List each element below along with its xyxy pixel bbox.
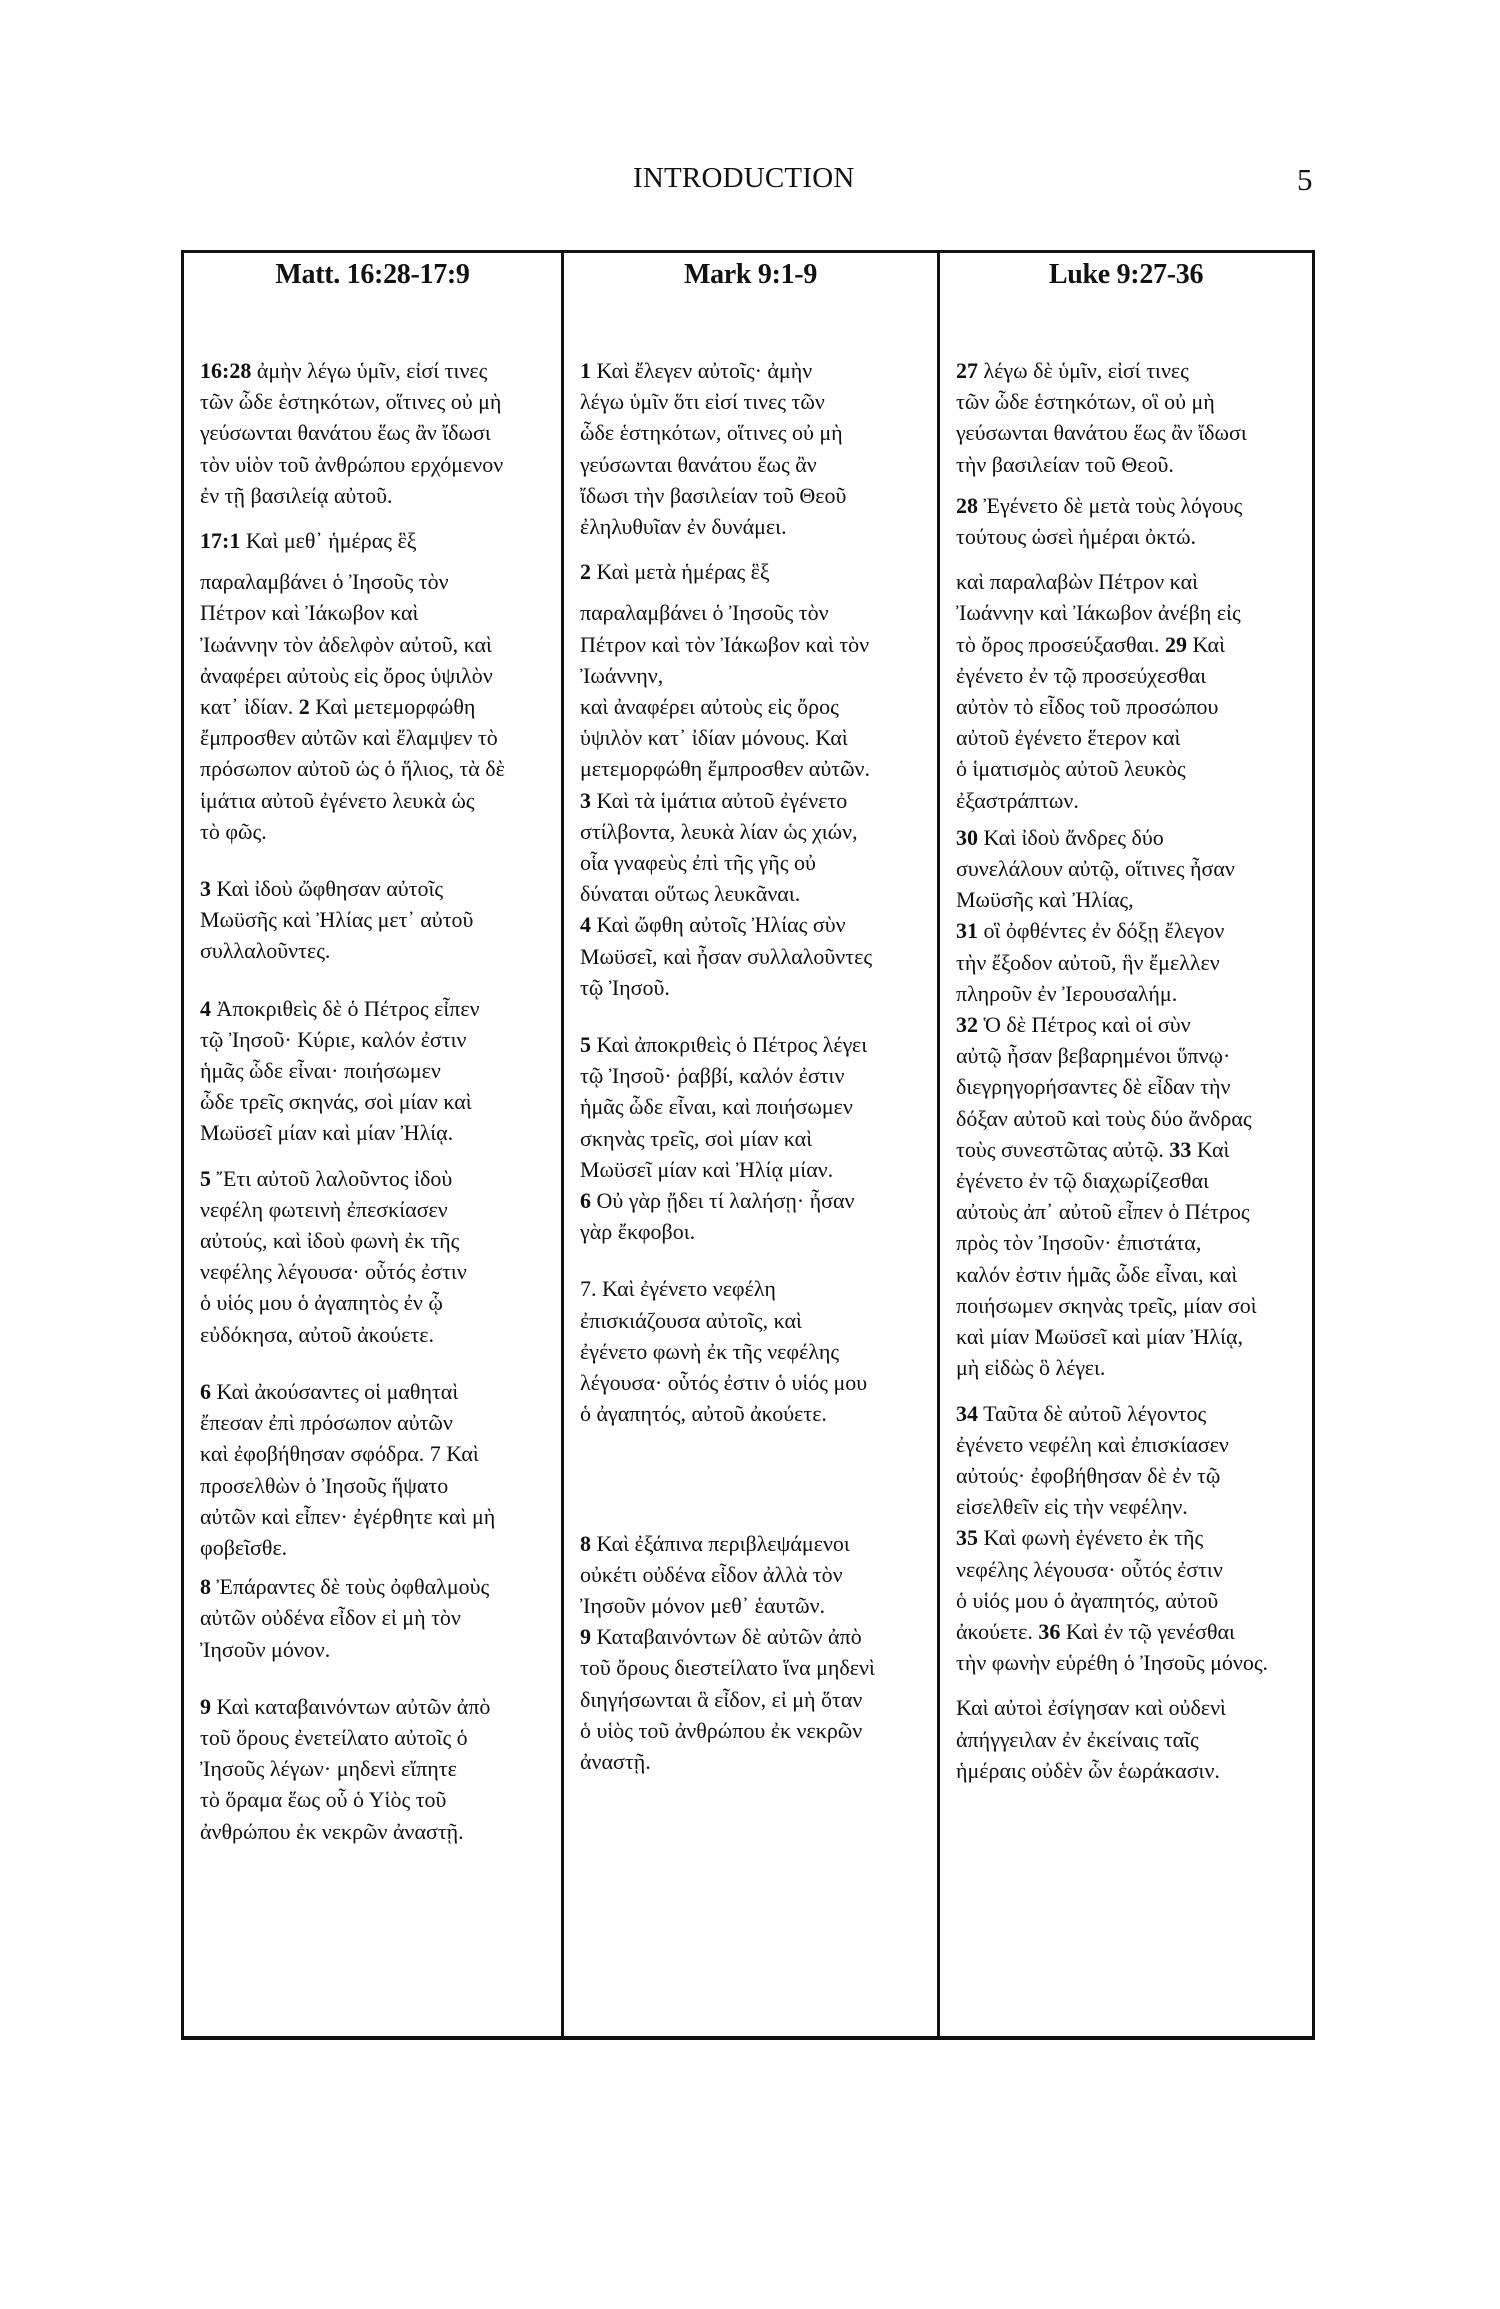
- verse-number: 6: [580, 1188, 591, 1213]
- verse-text: αὐτούς, καὶ ἰδοὺ φωνὴ ἐκ τῆς: [200, 1228, 459, 1253]
- verse-text: προσελθὼν ὁ Ἰησοῦς ἥψατο: [200, 1473, 448, 1498]
- verse-text: ἐν τῇ βασιλείᾳ αὐτοῦ.: [200, 483, 393, 508]
- text-line: τοῦ ὄρους διεστείλατο ἵνα μηδενὶ: [580, 1652, 927, 1683]
- verse-block: 30 Καὶ ἰδοὺ ἄνδρες δύοσυνελάλουν αὐτῷ, ο…: [956, 816, 1302, 1384]
- verse-text: Καὶ ἔλεγεν αὐτοῖς· ἀμὴν: [591, 358, 812, 383]
- verse-text: αὐτὸν τὸ εἶδος τοῦ προσώπου: [956, 694, 1218, 719]
- text-line: 4 Καὶ ὤφθη αὐτοῖς Ἠλίας σὺν: [580, 909, 927, 940]
- verse-text: ἡμᾶς ὧδε εἶναι· ποιήσωμεν: [200, 1058, 441, 1083]
- verse-block: 7. Καὶ ἐγένετο νεφέληἐπισκιάζουσα αὐτοῖς…: [580, 1273, 927, 1429]
- verse-text: ἀναφέρει αὐτοὺς εἰς ὄρος ὑψιλὸν: [200, 663, 493, 688]
- verse-text: ἐγένετο φωνὴ ἐκ τῆς νεφέλης: [580, 1339, 839, 1364]
- verse-text: Ἰησοῦς λέγων· μηδενὶ εἴπητε: [200, 1756, 457, 1781]
- verse-block: 27 λέγω δὲ ὑμῖν, εἰσί τινεςτῶν ὧδε ἑστηκ…: [956, 355, 1302, 480]
- verse-text: δύναται οὕτως λευκᾶναι.: [580, 881, 800, 906]
- verse-text: ὧδε τρεῖς σκηνάς, σοὶ μίαν καὶ: [200, 1089, 472, 1114]
- verse-text: οἷα γναφεὺς ἐπὶ τῆς γῆς οὐ: [580, 850, 816, 875]
- verse-text: ὁ υἱός μου ὁ ἀγαπητὸς ἐν ᾧ: [200, 1290, 443, 1315]
- verse-number: 30: [956, 825, 978, 850]
- verse-text: αὐτούς· ἐφοβήθησαν δὲ ἐν τῷ: [956, 1463, 1220, 1488]
- verse-text: ἀκούετε.: [956, 1619, 1038, 1644]
- verse-text: πρὸς τὸν Ἰησοῦν· ἐπιστάτα,: [956, 1230, 1201, 1255]
- verse-text: ἡμέραις οὐδὲν ὧν ἑωράκασιν.: [956, 1758, 1220, 1783]
- verse-number: 9: [580, 1624, 591, 1649]
- verse-block: 2 Καὶ μετὰ ἡμέρας ἓξ: [580, 542, 927, 587]
- verse-block: 8 Ἐπάραντες δὲ τοὺς ὀφθαλμοὺςαὐτῶν οὐδέν…: [200, 1563, 551, 1665]
- verse-text: στίλβοντα, λευκὰ λίαν ὡς χιών,: [580, 819, 858, 844]
- text-line: γὰρ ἔκφοβοι.: [580, 1216, 927, 1247]
- verse-number: 2: [299, 694, 310, 719]
- text-line: ὁ ἀγαπητός, αὐτοῦ ἀκούετε.: [580, 1398, 927, 1429]
- verse-text: σκηνὰς τρεῖς, σοὶ μίαν καὶ: [580, 1126, 812, 1151]
- text-line: ὁ ἱματισμὸς αὐτοῦ λευκὸς: [956, 753, 1302, 784]
- column-heading-mark: Mark 9:1-9: [564, 253, 937, 321]
- verse-block: 17:1 Καὶ μεθ᾽ ἡμέρας ἓξ: [200, 525, 551, 556]
- verse-text: γεύσωνται θανάτου ἕως ἂν ἴδωσι: [200, 420, 491, 445]
- text-line: παραλαμβάνει ὁ Ἰησοῦς τὸν: [580, 597, 927, 628]
- verse-text: τῶν ὧδε ἑστηκότων, οἵτινες οὐ μὴ: [200, 389, 501, 414]
- text-line: ὁ υἱός μου ὁ ἀγαπητός, αὐτοῦ: [956, 1585, 1302, 1616]
- text-line: 30 Καὶ ἰδοὺ ἄνδρες δύο: [956, 822, 1302, 853]
- verse-text: τοῦ ὄρους διεστείλατο ἵνα μηδενὶ: [580, 1655, 875, 1680]
- text-line: τὸν υἱὸν τοῦ ἀνθρώπου ερχόμενον: [200, 449, 551, 480]
- verse-number: 8: [200, 1574, 211, 1599]
- verse-number: 31: [956, 918, 978, 943]
- text-line: 8 Ἐπάραντες δὲ τοὺς ὀφθαλμοὺς: [200, 1571, 551, 1602]
- verse-block: 6 Καὶ ἀκούσαντες οἱ μαθηταὶἔπεσαν ἐπὶ πρ…: [200, 1376, 551, 1563]
- text-line: 27 λέγω δὲ ὑμῖν, εἰσί τινες: [956, 355, 1302, 386]
- verse-number: 5: [580, 1032, 591, 1057]
- verse-text: Καὶ ὤφθη αὐτοῖς Ἠλίας σὺν: [591, 912, 846, 937]
- verse-text: Καὶ μετὰ ἡμέρας ἓξ: [591, 559, 770, 584]
- verse-text: τῷ Ἰησοῦ.: [580, 975, 670, 1000]
- text-line: αὐτῷ ἦσαν βεβαρημένοι ὕπνῳ·: [956, 1040, 1302, 1071]
- verse-text: τοὺς συνεστῶτας αὐτῷ.: [956, 1137, 1169, 1162]
- text-line: νεφέλης λέγουσα· οὗτός ἐστιν: [200, 1256, 551, 1287]
- verse-block: 5 Καὶ ἀποκριθεὶς ὁ Πέτρος λέγειτῷ Ἰησοῦ·…: [580, 1029, 927, 1247]
- verse-text: Καὶ μεθ᾽ ἡμέρας ἓξ: [240, 528, 416, 553]
- text-line: τῷ Ἰησοῦ· ῥαββί, καλόν ἐστιν: [580, 1060, 927, 1091]
- verse-text: Καὶ ἐν τῷ γενέσθαι: [1060, 1619, 1235, 1644]
- text-line: ἀπήγγειλαν ἐν ἐκείναις ταῖς: [956, 1724, 1302, 1755]
- verse-text: Καὶ αὐτοὶ ἐσίγησαν καὶ οὐδενὶ: [956, 1695, 1226, 1720]
- verse-text: ἐγένετο ἐν τῷ προσεύχεσθαι: [956, 663, 1206, 688]
- text-line: τὴν φωνὴν εὑρέθη ὁ Ἰησοῦς μόνος.: [956, 1647, 1302, 1678]
- text-line: διηγήσωνται ἃ εἶδον, εἰ μὴ ὅταν: [580, 1684, 927, 1715]
- verse-number: 9: [200, 1694, 211, 1719]
- text-line: Ἰησοῦν μόνον μεθ᾽ ἑαυτῶν.: [580, 1590, 927, 1621]
- verse-text: Καὶ ἐξάπινα περιβλεψάμενοι: [591, 1531, 850, 1556]
- verse-text: παραλαμβάνει ὁ Ἰησοῦς τὸν: [200, 569, 449, 594]
- verse-text: οἳ ὀφθέντες ἐν δόξῃ ἔλεγον: [978, 918, 1224, 943]
- verse-number: 32: [956, 1012, 978, 1037]
- text-line: σκηνὰς τρεῖς, σοὶ μίαν καὶ: [580, 1123, 927, 1154]
- verse-text: τῶν ὧδε ἑστηκότων, οἳ οὐ μὴ: [956, 389, 1215, 414]
- text-line: Πέτρον καὶ Ἰάκωβον καὶ: [200, 597, 551, 628]
- text-line: ἀκούετε. 36 Καὶ ἐν τῷ γενέσθαι: [956, 1616, 1302, 1647]
- verse-text: ἔμπροσθεν αὐτῶν καὶ ἔλαμψεν τὸ: [200, 725, 498, 750]
- verse-text: ἀμὴν λέγω ὑμῖν, εἰσί τινες: [251, 358, 487, 383]
- text-line: δύναται οὕτως λευκᾶναι.: [580, 878, 927, 909]
- verse-text: Ἰωάννην τὸν ἀδελφὸν αὐτοῦ, καὶ: [200, 632, 492, 657]
- verse-number: 27: [956, 358, 978, 383]
- verse-text: αὐτοὺς ἀπ᾽ αὐτοῦ εἶπεν ὁ Πέτρος: [956, 1199, 1250, 1224]
- text-line: ἐγένετο ἐν τῷ διαχωρίζεσθαι: [956, 1165, 1302, 1196]
- verse-text: ἴδωσι τὴν βασιλείαν τοῦ Θεοῦ: [580, 483, 846, 508]
- text-line: ὁ υἱός μου ὁ ἀγαπητὸς ἐν ᾧ: [200, 1287, 551, 1318]
- text-line: τὸ φῶς.: [200, 816, 551, 847]
- verse-block: 28 Ἐγένετο δὲ μετὰ τοὺς λόγουςτούτους ὡσ…: [956, 480, 1302, 552]
- text-line: ἔμπροσθεν αὐτῶν καὶ ἔλαμψεν τὸ: [200, 722, 551, 753]
- text-line: Μωϋσῆς καὶ Ἠλίας μετ᾽ αὐτοῦ: [200, 904, 551, 935]
- verse-text: τὸν υἱὸν τοῦ ἀνθρώπου ερχόμενον: [200, 452, 503, 477]
- text-line: ἐληλυθυῖαν ἐν δυνάμει.: [580, 511, 927, 542]
- text-line: εὐδόκησα, αὐτοῦ ἀκούετε.: [200, 1319, 551, 1350]
- text-line: γεύσωνται θανάτου ἕως ἂν ἴδωσι: [200, 417, 551, 448]
- verse-text: νεφέλη φωτεινὴ ἐπεσκίασεν: [200, 1197, 448, 1222]
- verse-text: καὶ μίαν Μωϋσεῖ καὶ μίαν Ἠλίᾳ,: [956, 1324, 1243, 1349]
- verse-text: καὶ ἀναφέρει αὐτοὺς εἰς ὄρος: [580, 694, 839, 719]
- text-line: μὴ εἰδὼς ὃ λέγει.: [956, 1352, 1302, 1383]
- text-line: ἀναφέρει αὐτοὺς εἰς ὄρος ὑψιλὸν: [200, 660, 551, 691]
- verse-number: 3: [580, 788, 591, 813]
- verse-number: 33: [1169, 1137, 1191, 1162]
- verse-text: ἔπεσαν ἐπὶ πρόσωπον αὐτῶν: [200, 1410, 453, 1435]
- verse-number: 3: [200, 876, 211, 901]
- verse-text: ὑψιλὸν κατ᾽ ἰδίαν μόνους. Καὶ: [580, 725, 848, 750]
- verse-text: Ἰησοῦν μόνον μεθ᾽ ἑαυτῶν.: [580, 1593, 825, 1618]
- text-line: γεύσωνται θανάτου ἕως ἂν: [580, 449, 927, 480]
- text-line: Μωϋσεῖ μίαν καὶ μίαν Ἠλίᾳ.: [200, 1117, 551, 1148]
- text-line: τῷ Ἰησοῦ.: [580, 972, 927, 1003]
- text-line: ἐγένετο ἐν τῷ προσεύχεσθαι: [956, 660, 1302, 691]
- verse-text: Οὐ γὰρ ᾔδει τί λαλήσῃ· ἦσαν: [591, 1188, 855, 1213]
- verse-text: Καὶ φωνὴ ἐγένετο ἐκ τῆς: [978, 1525, 1203, 1550]
- verse-text: Ἰωάννην,: [580, 663, 663, 688]
- text-line: 28 Ἐγένετο δὲ μετὰ τοὺς λόγους: [956, 490, 1302, 521]
- verse-text: πληροῦν ἐν Ἰερουσαλήμ.: [956, 981, 1177, 1006]
- verse-text: μὴ εἰδὼς ὃ λέγει.: [956, 1355, 1105, 1380]
- text-line: 5 Καὶ ἀποκριθεὶς ὁ Πέτρος λέγει: [580, 1029, 927, 1060]
- verse-text: Πέτρον καὶ τὸν Ἰάκωβον καὶ τὸν: [580, 632, 869, 657]
- verse-text: Ὁ δὲ Πέτρος καὶ οἱ σὺν: [978, 1012, 1191, 1037]
- verse-text: Μωϋσεῖ, καὶ ἦσαν συλλαλοῦντες: [580, 944, 872, 969]
- column-heading-luke: Luke 9:27-36: [940, 253, 1312, 321]
- text-line: δόξαν αὐτοῦ καὶ τοὺς δύο ἄνδρας: [956, 1103, 1302, 1134]
- text-line: καὶ ἀναφέρει αὐτοὺς εἰς ὄρος: [580, 691, 927, 722]
- text-line: ἀναστῇ.: [580, 1746, 927, 1777]
- verse-text: γὰρ ἔκφοβοι.: [580, 1219, 695, 1244]
- verse-text: Καὶ τὰ ἱμάτια αὐτοῦ ἐγένετο: [591, 788, 847, 813]
- text-line: ἐξαστράπτων.: [956, 785, 1302, 816]
- text-line: ἐν τῇ βασιλείᾳ αὐτοῦ.: [200, 480, 551, 511]
- text-line: Ἰωάννην τὸν ἀδελφὸν αὐτοῦ, καὶ: [200, 629, 551, 660]
- verse-text: φοβεῖσθε.: [200, 1535, 287, 1560]
- text-line: ὧδε τρεῖς σκηνάς, σοὶ μίαν καὶ: [200, 1086, 551, 1117]
- text-line: ἀνθρώπου ἐκ νεκρῶν ἀναστῇ.: [200, 1816, 551, 1847]
- text-line: νεφέλη φωτεινὴ ἐπεσκίασεν: [200, 1194, 551, 1225]
- verse-text: αὐτῶν καὶ εἶπεν· ἐγέρθητε καὶ μὴ: [200, 1504, 495, 1529]
- text-line: 6 Καὶ ἀκούσαντες οἱ μαθηταὶ: [200, 1376, 551, 1407]
- verse-number: 6: [200, 1379, 211, 1404]
- verse-block: 9 Καὶ καταβαινόντων αὐτῶν ἀπὸτοῦ ὄρους ἐ…: [200, 1691, 551, 1847]
- verse-text: τὸ ὄρος προσεύξασθαι.: [956, 632, 1165, 657]
- text-line: 5 Ἔτι αὐτοῦ λαλοῦντος ἰδοὺ: [200, 1163, 551, 1194]
- text-line: Ἰωάννην,: [580, 660, 927, 691]
- verse-text: Μωϋσεῖ μίαν καὶ Ἠλίᾳ μίαν.: [580, 1157, 833, 1182]
- verse-text: λέγουσα· οὗτός ἐστιν ὁ υἱός μου: [580, 1370, 867, 1395]
- text-line: 3 Καὶ τὰ ἱμάτια αὐτοῦ ἐγένετο: [580, 785, 927, 816]
- verse-text: 7. Καὶ ἐγένετο νεφέλη: [580, 1276, 776, 1301]
- verse-text: Μωϋσῆς καὶ Ἠλίας,: [956, 887, 1134, 912]
- text-line: Ἰωάννην καὶ Ἰάκωβον ἀνέβη εἰς: [956, 597, 1302, 628]
- verse-text: διεγρηγορήσαντες δὲ εἶδαν τὴν: [956, 1074, 1230, 1099]
- synopsis-table: Matt. 16:28-17:9 16:28 ἀμὴν λέγω ὑμῖν, ε…: [181, 250, 1315, 2040]
- text-line: γεύσωνται θανάτου ἕως ἂν ἴδωσι: [956, 417, 1302, 448]
- verse-number: 16:28: [200, 358, 251, 383]
- text-line: τὸ ὅραμα ἕως οὗ ὁ Υἱὸς τοῦ: [200, 1784, 551, 1815]
- column-body-matthew: 16:28 ἀμὴν λέγω ὑμῖν, εἰσί τινεςτῶν ὧδε …: [184, 355, 561, 1847]
- text-line: τῷ Ἰησοῦ· Κύριε, καλόν ἐστιν: [200, 1024, 551, 1055]
- verse-text: συνελάλουν αὐτῷ, οἵτινες ἦσαν: [956, 856, 1235, 881]
- text-line: αὐτῶν οὐδένα εἶδον εἰ μὴ τὸν: [200, 1602, 551, 1633]
- text-line: αὐτῶν καὶ εἶπεν· ἐγέρθητε καὶ μὴ: [200, 1501, 551, 1532]
- text-line: 17:1 Καὶ μεθ᾽ ἡμέρας ἓξ: [200, 525, 551, 556]
- column-heading-matthew: Matt. 16:28-17:9: [184, 253, 561, 321]
- verse-block: 16:28 ἀμὴν λέγω ὑμῖν, εἰσί τινεςτῶν ὧδε …: [200, 355, 551, 511]
- verse-text: Ἰωάννην καὶ Ἰάκωβον ἀνέβη εἰς: [956, 600, 1241, 625]
- verse-text: τῷ Ἰησοῦ· Κύριε, καλόν ἐστιν: [200, 1027, 467, 1052]
- text-line: καλόν ἐστιν ἡμᾶς ὧδε εἶναι, καὶ: [956, 1259, 1302, 1290]
- text-line: τοῦ ὄρους ἐνετείλατο αὐτοῖς ὁ: [200, 1722, 551, 1753]
- verse-text: τούτους ὡσεὶ ἡμέραι ὀκτώ.: [956, 524, 1196, 549]
- verse-text: Καὶ καταβαινόντων αὐτῶν ἀπὸ: [211, 1694, 490, 1719]
- text-line: ἴδωσι τὴν βασιλείαν τοῦ Θεοῦ: [580, 480, 927, 511]
- page-number: 5: [1297, 162, 1313, 198]
- verse-text: ἀπήγγειλαν ἐν ἐκείναις ταῖς: [956, 1727, 1199, 1752]
- verse-text: νεφέλης λέγουσα· οὗτός ἐστιν: [956, 1557, 1223, 1582]
- text-line: τὴν ἔξοδον αὐτοῦ, ἣν ἔμελλεν: [956, 947, 1302, 978]
- text-line: πρόσωπον αὐτοῦ ὡς ὁ ἥλιος, τὰ δὲ: [200, 753, 551, 784]
- text-line: ἔπεσαν ἐπὶ πρόσωπον αὐτῶν: [200, 1407, 551, 1438]
- verse-text: Ἰησοῦν μόνον.: [200, 1637, 330, 1662]
- column-luke: Luke 9:27-36 27 λέγω δὲ ὑμῖν, εἰσί τινες…: [937, 253, 1312, 2036]
- text-line: πληροῦν ἐν Ἰερουσαλήμ.: [956, 978, 1302, 1009]
- text-line: κατ᾽ ἰδίαν. 2 Καὶ μετεμορφώθη: [200, 691, 551, 722]
- text-line: ἡμᾶς ὧδε εἶναι, καὶ ποιήσωμεν: [580, 1091, 927, 1122]
- text-line: τῶν ὧδε ἑστηκότων, οἳ οὐ μὴ: [956, 386, 1302, 417]
- running-head: INTRODUCTION 5: [0, 160, 1500, 200]
- verse-text: Καὶ μετεμορφώθη: [310, 694, 476, 719]
- verse-number: 5: [200, 1166, 211, 1191]
- text-line: φοβεῖσθε.: [200, 1532, 551, 1563]
- text-line: Ἰησοῦν μόνον.: [200, 1634, 551, 1665]
- verse-text: λέγω ὑμῖν ὅτι εἰσί τινες τῶν: [580, 389, 825, 414]
- text-line: αὐτούς, καὶ ἰδοὺ φωνὴ ἐκ τῆς: [200, 1225, 551, 1256]
- text-line: τοὺς συνεστῶτας αὐτῷ. 33 Καὶ: [956, 1134, 1302, 1165]
- text-line: ἡμέραις οὐδὲν ὧν ἑωράκασιν.: [956, 1755, 1302, 1786]
- verse-text: τὴν ἔξοδον αὐτοῦ, ἣν ἔμελλεν: [956, 950, 1220, 975]
- verse-text: Ἀποκριθεὶς δὲ ὁ Πέτρος εἶπεν: [211, 996, 480, 1021]
- text-line: 16:28 ἀμὴν λέγω ὑμῖν, εἰσί τινες: [200, 355, 551, 386]
- text-line: ἐγένετο νεφέλη καὶ ἐπισκίασεν: [956, 1429, 1302, 1460]
- text-line: καὶ παραλαβὼν Πέτρον καὶ: [956, 566, 1302, 597]
- text-line: τὴν βασιλείαν τοῦ Θεοῦ.: [956, 449, 1302, 480]
- verse-text: οὐκέτι οὐδένα εἶδον ἀλλὰ τὸν: [580, 1562, 843, 1587]
- text-line: εἰσελθεῖν εἰς τὴν νεφέλην.: [956, 1491, 1302, 1522]
- text-line: αὐτούς· ἐφοβήθησαν δὲ ἐν τῷ: [956, 1460, 1302, 1491]
- text-line: τὸ ὄρος προσεύξασθαι. 29 Καὶ: [956, 629, 1302, 660]
- verse-block: 34 Ταῦτα δὲ αὐτοῦ λέγοντοςἐγένετο νεφέλη…: [956, 1398, 1302, 1679]
- verse-text: Καὶ ἰδοὺ ὤφθησαν αὐτοῖς: [211, 876, 443, 901]
- text-line: τῶν ὧδε ἑστηκότων, οἵτινες οὐ μὴ: [200, 386, 551, 417]
- verse-number: 8: [580, 1531, 591, 1556]
- text-line: πρὸς τὸν Ἰησοῦν· ἐπιστάτα,: [956, 1227, 1302, 1258]
- verse-text: τοῦ ὄρους ἐνετείλατο αὐτοῖς ὁ: [200, 1725, 468, 1750]
- verse-text: ἐπισκιάζουσα αὐτοῖς, καὶ: [580, 1308, 802, 1333]
- text-line: Πέτρον καὶ τὸν Ἰάκωβον καὶ τὸν: [580, 629, 927, 660]
- text-line: 9 Καταβαινόντων δὲ αὐτῶν ἀπὸ: [580, 1621, 927, 1652]
- verse-text: καλόν ἐστιν ἡμᾶς ὧδε εἶναι, καὶ: [956, 1262, 1237, 1287]
- text-line: λέγω ὑμῖν ὅτι εἰσί τινες τῶν: [580, 386, 927, 417]
- verse-text: εἰσελθεῖν εἰς τὴν νεφέλην.: [956, 1494, 1188, 1519]
- text-line: 4 Ἀποκριθεὶς δὲ ὁ Πέτρος εἶπεν: [200, 993, 551, 1024]
- verse-text: μετεμορφώθη ἔμπροσθεν αὐτῶν.: [580, 756, 870, 781]
- text-line: 9 Καὶ καταβαινόντων αὐτῶν ἀπὸ: [200, 1691, 551, 1722]
- text-line: 3 Καὶ ἰδοὺ ὤφθησαν αὐτοῖς: [200, 873, 551, 904]
- verse-text: καὶ παραλαβὼν Πέτρον καὶ: [956, 569, 1198, 594]
- verse-text: συλλαλοῦντες.: [200, 938, 330, 963]
- verse-text: τὸ φῶς.: [200, 819, 267, 844]
- verse-text: αὐτῷ ἦσαν βεβαρημένοι ὕπνῳ·: [956, 1043, 1230, 1068]
- text-line: παραλαμβάνει ὁ Ἰησοῦς τὸν: [200, 566, 551, 597]
- verse-block: παραλαμβάνει ὁ Ἰησοῦς τὸνΠέτρον καὶ Ἰάκω…: [200, 556, 551, 847]
- text-line: Καὶ αὐτοὶ ἐσίγησαν καὶ οὐδενὶ: [956, 1692, 1302, 1723]
- verse-number: 29: [1165, 632, 1187, 657]
- text-line: ἱμάτια αὐτοῦ ἐγένετο λευκὰ ὡς: [200, 785, 551, 816]
- verse-block: παραλαμβάνει ὁ Ἰησοῦς τὸνΠέτρον καὶ τὸν …: [580, 587, 927, 1003]
- verse-text: Μωϋσῆς καὶ Ἠλίας μετ᾽ αὐτοῦ: [200, 907, 473, 932]
- verse-text: αὐτοῦ ἐγένετο ἕτερον καὶ: [956, 725, 1180, 750]
- verse-block: καὶ παραλαβὼν Πέτρον καὶἸωάννην καὶ Ἰάκω…: [956, 566, 1302, 816]
- verse-text: Καὶ ἰδοὺ ἄνδρες δύο: [978, 825, 1164, 850]
- verse-text: γεύσωνται θανάτου ἕως ἂν ἴδωσι: [956, 420, 1247, 445]
- verse-text: τῷ Ἰησοῦ· ῥαββί, καλόν ἐστιν: [580, 1063, 844, 1088]
- verse-text: τὴν φωνὴν εὑρέθη ὁ Ἰησοῦς μόνος.: [956, 1650, 1268, 1675]
- text-line: στίλβοντα, λευκὰ λίαν ὡς χιών,: [580, 816, 927, 847]
- verse-text: ὁ ἱματισμὸς αὐτοῦ λευκὸς: [956, 756, 1186, 781]
- verse-text: ὁ ἀγαπητός, αὐτοῦ ἀκούετε.: [580, 1401, 827, 1426]
- text-line: 1 Καὶ ἔλεγεν αὐτοῖς· ἀμὴν: [580, 355, 927, 386]
- verse-number: 4: [200, 996, 211, 1021]
- text-line: 8 Καὶ ἐξάπινα περιβλεψάμενοι: [580, 1528, 927, 1559]
- verse-block: 1 Καὶ ἔλεγεν αὐτοῖς· ἀμὴνλέγω ὑμῖν ὅτι ε…: [580, 355, 927, 542]
- verse-text: διηγήσωνται ἃ εἶδον, εἰ μὴ ὅταν: [580, 1687, 862, 1712]
- verse-number: 4: [580, 912, 591, 937]
- verse-block: 5 Ἔτι αὐτοῦ λαλοῦντος ἰδοὺνεφέλη φωτεινὴ…: [200, 1163, 551, 1350]
- text-line: 34 Ταῦτα δὲ αὐτοῦ λέγοντος: [956, 1398, 1302, 1429]
- verse-text: ὧδε ἑστηκότων, οἵτινες οὐ μὴ: [580, 420, 843, 445]
- column-matthew: Matt. 16:28-17:9 16:28 ἀμὴν λέγω ὑμῖν, ε…: [184, 253, 561, 2036]
- text-line: αὐτὸν τὸ εἶδος τοῦ προσώπου: [956, 691, 1302, 722]
- text-line: αὐτοῦ ἐγένετο ἕτερον καὶ: [956, 722, 1302, 753]
- verse-text: ἱμάτια αὐτοῦ ἐγένετο λευκὰ ὡς: [200, 788, 475, 813]
- text-line: οἷα γναφεὺς ἐπὶ τῆς γῆς οὐ: [580, 847, 927, 878]
- verse-number: 36: [1038, 1619, 1060, 1644]
- verse-text: Ἐπάραντες δὲ τοὺς ὀφθαλμοὺς: [211, 1574, 489, 1599]
- verse-text: γεύσωνται θανάτου ἕως ἂν: [580, 452, 817, 477]
- verse-number: 28: [956, 493, 978, 518]
- verse-text: πρόσωπον αὐτοῦ ὡς ὁ ἥλιος, τὰ δὲ: [200, 756, 505, 781]
- text-line: ἐπισκιάζουσα αὐτοῖς, καὶ: [580, 1305, 927, 1336]
- text-line: Μωϋσεῖ μίαν καὶ Ἠλίᾳ μίαν.: [580, 1154, 927, 1185]
- verse-text: εὐδόκησα, αὐτοῦ ἀκούετε.: [200, 1322, 434, 1347]
- verse-block: Καὶ αὐτοὶ ἐσίγησαν καὶ οὐδενὶἀπήγγειλαν …: [956, 1692, 1302, 1786]
- verse-text: νεφέλης λέγουσα· οὗτός ἐστιν: [200, 1259, 467, 1284]
- verse-text: Ἔτι αὐτοῦ λαλοῦντος ἰδοὺ: [211, 1166, 452, 1191]
- verse-text: ἐγένετο ἐν τῷ διαχωρίζεσθαι: [956, 1168, 1209, 1193]
- verse-text: ποιήσωμεν σκηνὰς τρεῖς, μίαν σοὶ: [956, 1293, 1257, 1318]
- column-body-luke: 27 λέγω δὲ ὑμῖν, εἰσί τινεςτῶν ὧδε ἑστηκ…: [940, 355, 1312, 1786]
- verse-text: Καὶ: [1191, 1137, 1229, 1162]
- text-line: λέγουσα· οὗτός ἐστιν ὁ υἱός μου: [580, 1367, 927, 1398]
- verse-text: κατ᾽ ἰδίαν.: [200, 694, 299, 719]
- verse-text: δόξαν αὐτοῦ καὶ τοὺς δύο ἄνδρας: [956, 1106, 1252, 1131]
- verse-text: Ταῦτα δὲ αὐτοῦ λέγοντος: [978, 1401, 1206, 1426]
- verse-number: 1: [580, 358, 591, 383]
- verse-number: 34: [956, 1401, 978, 1426]
- verse-number: 35: [956, 1525, 978, 1550]
- verse-text: Καὶ ἀποκριθεὶς ὁ Πέτρος λέγει: [591, 1032, 867, 1057]
- text-line: καὶ μίαν Μωϋσεῖ καὶ μίαν Ἠλίᾳ,: [956, 1321, 1302, 1352]
- text-line: ὧδε ἑστηκότων, οἵτινες οὐ μὴ: [580, 417, 927, 448]
- text-line: μετεμορφώθη ἔμπροσθεν αὐτῶν.: [580, 753, 927, 784]
- verse-text: τὴν βασιλείαν τοῦ Θεοῦ.: [956, 452, 1174, 477]
- column-body-mark: 1 Καὶ ἔλεγεν αὐτοῖς· ἀμὴνλέγω ὑμῖν ὅτι ε…: [564, 355, 937, 1777]
- verse-text: καὶ ἐφοβήθησαν σφόδρα. 7 Καὶ: [200, 1441, 479, 1466]
- text-line: Ἰησοῦς λέγων· μηδενὶ εἴπητε: [200, 1753, 551, 1784]
- text-line: ὁ υἱὸς τοῦ ἀνθρώπου ἐκ νεκρῶν: [580, 1715, 927, 1746]
- verse-text: Ἐγένετο δὲ μετὰ τοὺς λόγους: [978, 493, 1242, 518]
- text-line: συνελάλουν αὐτῷ, οἵτινες ἦσαν: [956, 853, 1302, 884]
- verse-text: ὁ υἱός μου ὁ ἀγαπητός, αὐτοῦ: [956, 1588, 1218, 1613]
- text-line: αὐτοὺς ἀπ᾽ αὐτοῦ εἶπεν ὁ Πέτρος: [956, 1196, 1302, 1227]
- text-line: 6 Οὐ γὰρ ᾔδει τί λαλήσῃ· ἦσαν: [580, 1185, 927, 1216]
- verse-number: 17:1: [200, 528, 240, 553]
- verse-text: παραλαμβάνει ὁ Ἰησοῦς τὸν: [580, 600, 829, 625]
- text-line: νεφέλης λέγουσα· οὗτός ἐστιν: [956, 1554, 1302, 1585]
- text-line: Μωϋσῆς καὶ Ἠλίας,: [956, 884, 1302, 915]
- text-line: 31 οἳ ὀφθέντες ἐν δόξῃ ἔλεγον: [956, 915, 1302, 946]
- verse-block: 8 Καὶ ἐξάπινα περιβλεψάμενοιοὐκέτι οὐδέν…: [580, 1430, 927, 1778]
- verse-text: τὸ ὅραμα ἕως οὗ ὁ Υἱὸς τοῦ: [200, 1787, 446, 1812]
- text-line: 35 Καὶ φωνὴ ἐγένετο ἐκ τῆς: [956, 1522, 1302, 1553]
- column-mark: Mark 9:1-9 1 Καὶ ἔλεγεν αὐτοῖς· ἀμὴνλέγω…: [561, 253, 937, 2036]
- verse-text: ἐξαστράπτων.: [956, 788, 1079, 813]
- text-line: καὶ ἐφοβήθησαν σφόδρα. 7 Καὶ: [200, 1438, 551, 1469]
- text-line: ποιήσωμεν σκηνὰς τρεῖς, μίαν σοὶ: [956, 1290, 1302, 1321]
- running-title: INTRODUCTION: [633, 162, 855, 195]
- verse-text: Καταβαινόντων δὲ αὐτῶν ἀπὸ: [591, 1624, 862, 1649]
- text-line: 32 Ὁ δὲ Πέτρος καὶ οἱ σὺν: [956, 1009, 1302, 1040]
- verse-text: Μωϋσεῖ μίαν καὶ μίαν Ἠλίᾳ.: [200, 1120, 453, 1145]
- verse-text: Καὶ ἀκούσαντες οἱ μαθηταὶ: [211, 1379, 458, 1404]
- text-line: ὑψιλὸν κατ᾽ ἰδίαν μόνους. Καὶ: [580, 722, 927, 753]
- verse-text: Καὶ: [1187, 632, 1225, 657]
- text-line: ἡμᾶς ὧδε εἶναι· ποιήσωμεν: [200, 1055, 551, 1086]
- text-line: διεγρηγορήσαντες δὲ εἶδαν τὴν: [956, 1071, 1302, 1102]
- verse-text: ἡμᾶς ὧδε εἶναι, καὶ ποιήσωμεν: [580, 1094, 853, 1119]
